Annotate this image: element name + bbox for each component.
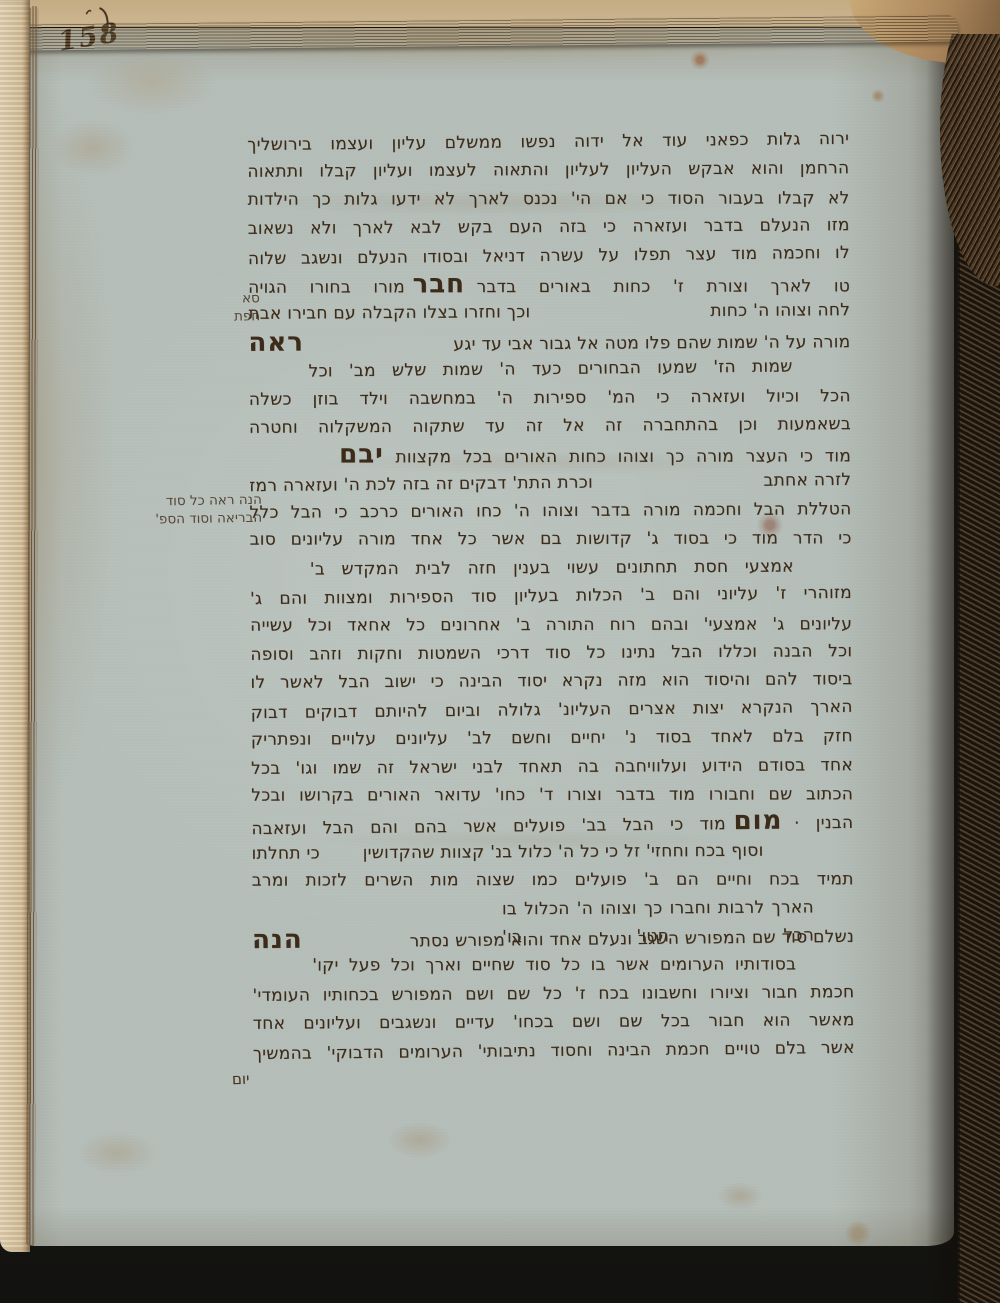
text-segment: טו לארך וצורת ז' כחות באורים בדבר <box>477 276 851 297</box>
text-line: מזוהרי ז' עליוני והם ב' הכלות בעליון סוד… <box>250 579 852 614</box>
text-line: מוד כי העצר מורה כך וצוהו כחות האורים בכ… <box>249 440 851 470</box>
stacked-page-edges-left <box>0 0 30 1252</box>
manuscript-page: 158 סא חפת הנה ראה כל סוד הבריאה וסוד הס… <box>22 28 954 1246</box>
margin-note-line: חפת <box>168 307 260 327</box>
text-line: כי הדר מוד כי בסוד ג' קדושות בם אשר כל א… <box>250 525 852 555</box>
text-segment: לו וחכמה מוד עצר תפלו על עשרה דניאל ובסו… <box>248 242 850 268</box>
text-line: טו לארך וצורת ז' כחות באורים בדברחברמורו… <box>248 269 850 299</box>
text-line: חכמת חבור וציורו וחשבונו בכח ז' כל שם וש… <box>252 978 854 1010</box>
text-line: הרחמן והוא אבקש העליון לעליון והתאוה לעצ… <box>247 155 849 187</box>
text-segment: הבנין · <box>794 813 854 834</box>
emphasized-word: ראה <box>248 328 304 357</box>
emphasized-word: מום <box>733 806 782 837</box>
text-segment: לא קבלו בעבור הסוד כי אם הי' נכנס לארך ל… <box>248 188 850 209</box>
text-segment: אשר בלם טויים חכמת הבינה וחסוד נתיבותי' … <box>253 1037 855 1063</box>
text-segment: מוד כי הבל בב' פועלים אשר בהם והם הבל וע… <box>251 815 726 840</box>
catchword: יום <box>232 1070 250 1089</box>
text-line: וכל הבנה וכללו הבל נתינו כל סוד דרכי השמ… <box>250 637 852 669</box>
text-line: בסודותיו הערומים אשר בו כל סוד שחיים ואר… <box>252 951 854 981</box>
text-segment: וסוף בכח וחחזי' זל כי כל ה' כלול בנ' קצו… <box>363 836 764 867</box>
text-line: הבנין ·מוםמוד כי הבל בב' פועלים אשר בהם … <box>251 806 853 841</box>
text-block: ירוה גלות כפאני עוד אל ידוה נפשו ממשלם ע… <box>247 126 855 1067</box>
text-segment: מוד כי העצר מורה כך וצוהו כחות האורים בכ… <box>395 447 851 468</box>
text-line: לזרה אחתבוכרת התת' דבקים זה בזה לכת ה' ו… <box>249 466 851 501</box>
text-segment: חכמת חבור וציורו וחשבונו בכח ז' כל שם וש… <box>252 982 854 1006</box>
text-line: אשר בלם טויים חכמת הבינה וחסוד נתיבותי' … <box>253 1033 855 1068</box>
text-line: מאשר הוא חבור בכל שם ושם בכחו' עדיים ונש… <box>253 1006 855 1038</box>
text-line: חזק בלם לאחד בסוד נ' יחיים וחשם לב' עליו… <box>251 722 853 754</box>
emphasized-word: חבר <box>413 269 465 299</box>
text-segment: מאשר הוא חבור בכל שם ושם בכחו' עדיים ונש… <box>253 1010 855 1034</box>
text-segment: מזוהרי ז' עליוני והם ב' הכלות בעליון סוד… <box>250 583 852 609</box>
text-segment: בשאמעות וכן בהתחברה זה אל זה עד שתקוה המ… <box>249 414 851 438</box>
text-segment: בסודותיו הערומים אשר בו כל סוד שחיים ואר… <box>312 955 796 976</box>
text-segment: הרחמן והוא אבקש העליון לעליון והתאוה לעצ… <box>247 159 849 183</box>
text-line: נשלם סוד שם המפורש השגב ונעלם אחד והוא מ… <box>252 920 854 955</box>
text-segment: אחד בסודם הידוע ועלוויחבה בה תאחד לבני י… <box>251 755 853 779</box>
margin-note-middle: הנה ראה כל סוד הבריאה וסוד הספ' <box>112 491 263 530</box>
text-segment: תמיד בכח וחיים הם ב' פועלים כמו שצוה מות… <box>252 869 854 890</box>
text-segment: וכך וחזרו בצלו הקבלה עם חבירו אבת <box>248 298 530 328</box>
text-segment: ירוה גלות כפאני עוד אל ידוה נפשו ממשלם ע… <box>247 129 849 155</box>
text-line: לחה וצוהו ה' כחותוכך וחזרו בצלו הקבלה עם… <box>248 297 850 329</box>
text-line: לו וחכמה מוד עצר תפלו על עשרה דניאל ובסו… <box>248 238 850 273</box>
text-segment: כי תחלתו <box>251 839 320 868</box>
text-line: בשאמעות וכן בהתחברה זה אל זה עד שתקוה המ… <box>249 410 851 442</box>
emphasized-word: יבם <box>339 440 384 470</box>
text-segment: וכרת התת' דבקים זה בזה לכת ה' ועזארה רמז <box>249 468 593 500</box>
text-segment: עליונים ג' אמצעי' ובהם רוח התורה ב' אחרו… <box>250 614 852 635</box>
text-segment: חזק בלם לאחד בסוד נ' יחיים וחשם לב' עליו… <box>251 726 853 750</box>
text-segment: מורו בחורו הגויה <box>248 277 405 297</box>
emphasized-word: הנה <box>252 926 303 955</box>
text-segment: הארך הנקרא יצות אצרים העליונ' גלולה וביו… <box>251 697 853 723</box>
text-segment: מזו הנעלם בדבר ועזארה כי בזה העם בקש לבא… <box>248 215 850 239</box>
text-line: מזו הנעלם בדבר ועזארה כי בזה העם בקש לבא… <box>248 211 850 243</box>
text-segment: אמצעי חסת תחתונים עשוי בענין חזה לבית המ… <box>310 556 794 579</box>
margin-note-line: סא <box>168 289 260 309</box>
manuscript-photo: 158 סא חפת הנה ראה כל סוד הבריאה וסוד הס… <box>0 0 1000 1303</box>
text-line: לא קבלו בעבור הסוד כי אם הי' נכנס לארך ל… <box>248 184 850 214</box>
text-segment: כי הדר מוד כי בסוד ג' קדושות בם אשר כל א… <box>250 529 852 550</box>
text-segment: הכל וכיול ועזארה כי המ' ספירות ה' במחשבה… <box>249 386 851 410</box>
text-segment: הטללת הבל וחכמה מורה בדבר וצוהו ה' כחו ה… <box>249 499 851 523</box>
text-segment: שמות הז' שמעו הבחורים כעד ה' שמות שלש מב… <box>309 357 793 382</box>
text-segment: לחה וצוהו ה' כחות <box>710 297 850 326</box>
text-line: תמיד בכח וחיים הם ב' פועלים כמו שצוה מות… <box>252 865 854 895</box>
text-segment: וכל הבנה וכללו הבל נתינו כל סוד דרכי השמ… <box>250 641 852 665</box>
text-segment: הכתוב שם וחבורו מוד בדבר וצורו ד' כחו' ע… <box>251 784 853 805</box>
text-line: הטללת הבל וחכמה מורה בדבר וצוהו ה' כחו ה… <box>249 495 851 527</box>
text-line: עליונים ג' אמצעי' ובהם רוח התורה ב' אחרו… <box>250 610 852 640</box>
text-segment: ביסוד להם והיסוד הוא מזה נקרא יסוד הבינה… <box>250 670 852 694</box>
text-line: הארך הנקרא יצות אצרים העליונ' גלולה וביו… <box>251 693 853 728</box>
margin-note-line: הבריאה וסוד הספ' <box>112 509 262 530</box>
text-segment: לזרה אחתב <box>763 466 851 495</box>
text-line: הכל וכיול ועזארה כי המ' ספירות ה' במחשבה… <box>249 382 851 414</box>
text-line: אחד בסודם הידוע ועלוויחבה בה תאחד לבני י… <box>251 751 853 783</box>
text-line: וסוף בכח וחחזי' זל כי כל ה' כלול בנ' קצו… <box>251 836 853 868</box>
margin-note-top: סא חפת <box>168 289 261 327</box>
